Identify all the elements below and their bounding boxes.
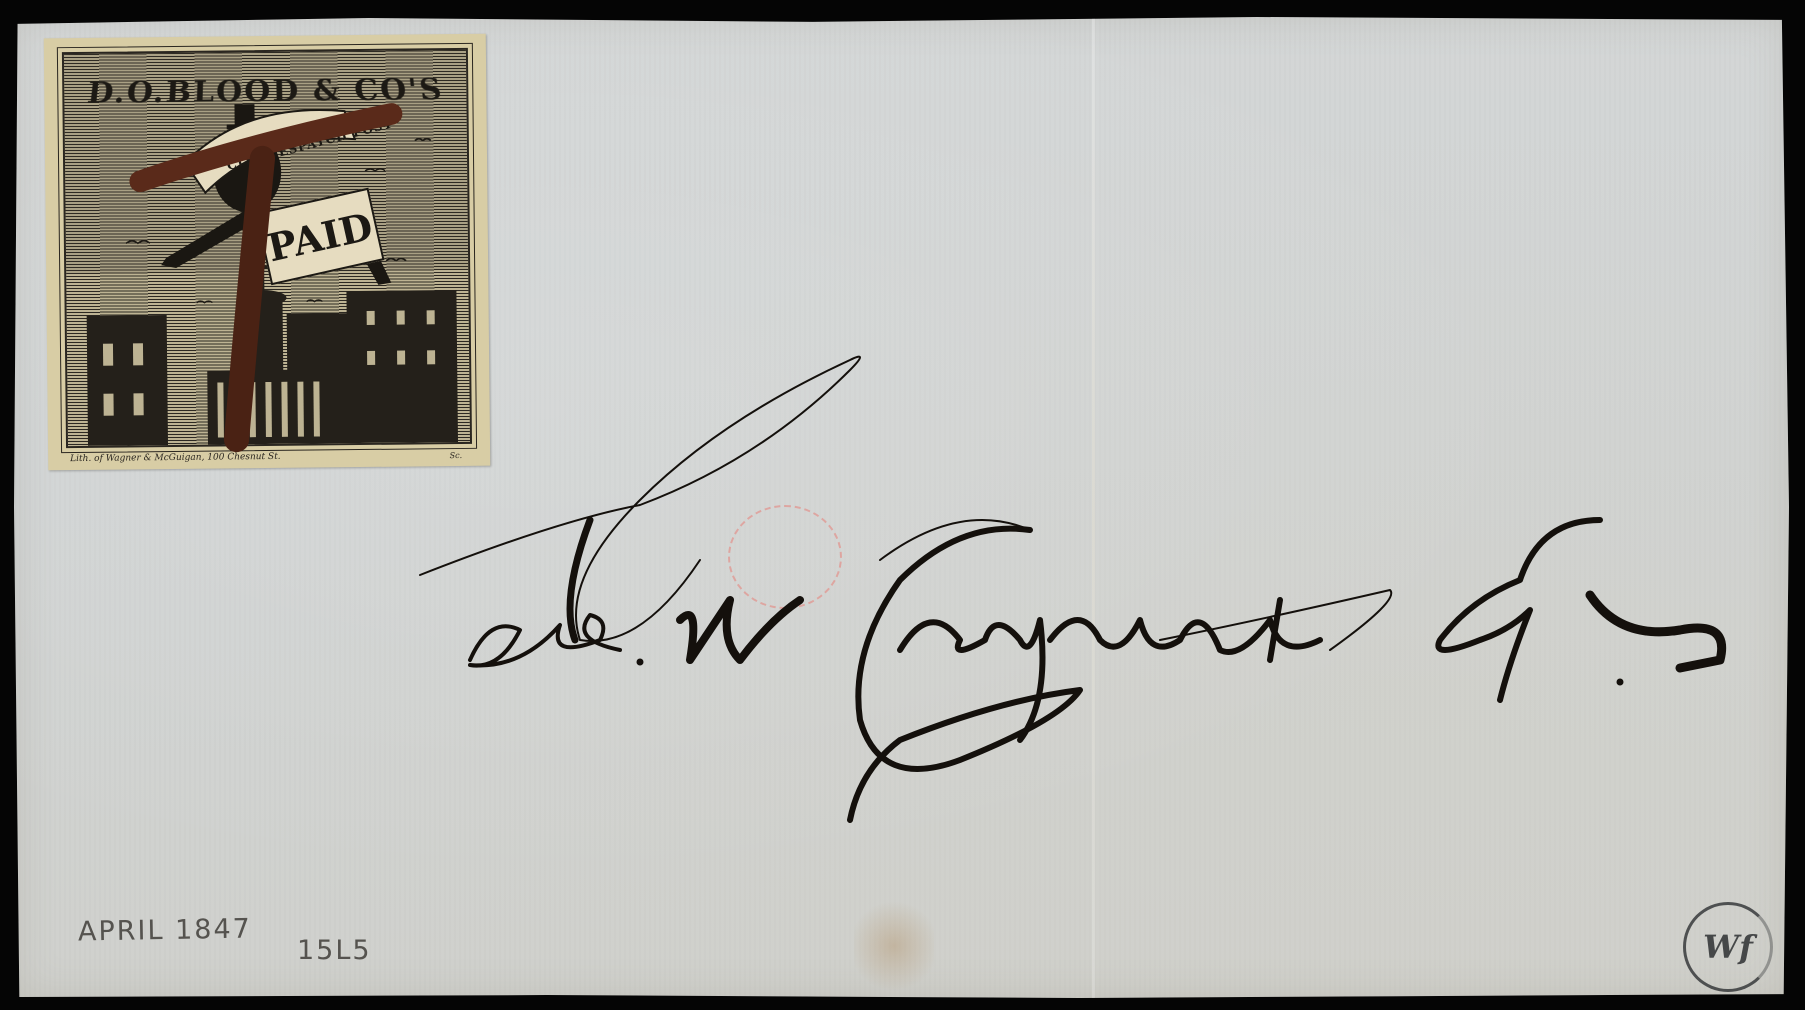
fold-line bbox=[1092, 16, 1095, 998]
local-stamp: D.O.BLOOD & CO'S CITY DESPATCH POST PAID… bbox=[44, 34, 490, 471]
manuscript-cancel-mark bbox=[44, 34, 490, 471]
stamp-engraver-mark: Sc. bbox=[450, 451, 463, 460]
recipient-address: Geo. W. Carpenter Esq. bbox=[470, 560, 1770, 667]
expertizer-handstamp: Wf bbox=[1683, 902, 1773, 992]
pencil-date-notation: APRIL 1847 bbox=[78, 913, 252, 947]
foxing-stain bbox=[854, 896, 934, 996]
pencil-catalog-number: 15L5 bbox=[297, 935, 372, 966]
handstamp-initials: Wf bbox=[1703, 928, 1753, 966]
